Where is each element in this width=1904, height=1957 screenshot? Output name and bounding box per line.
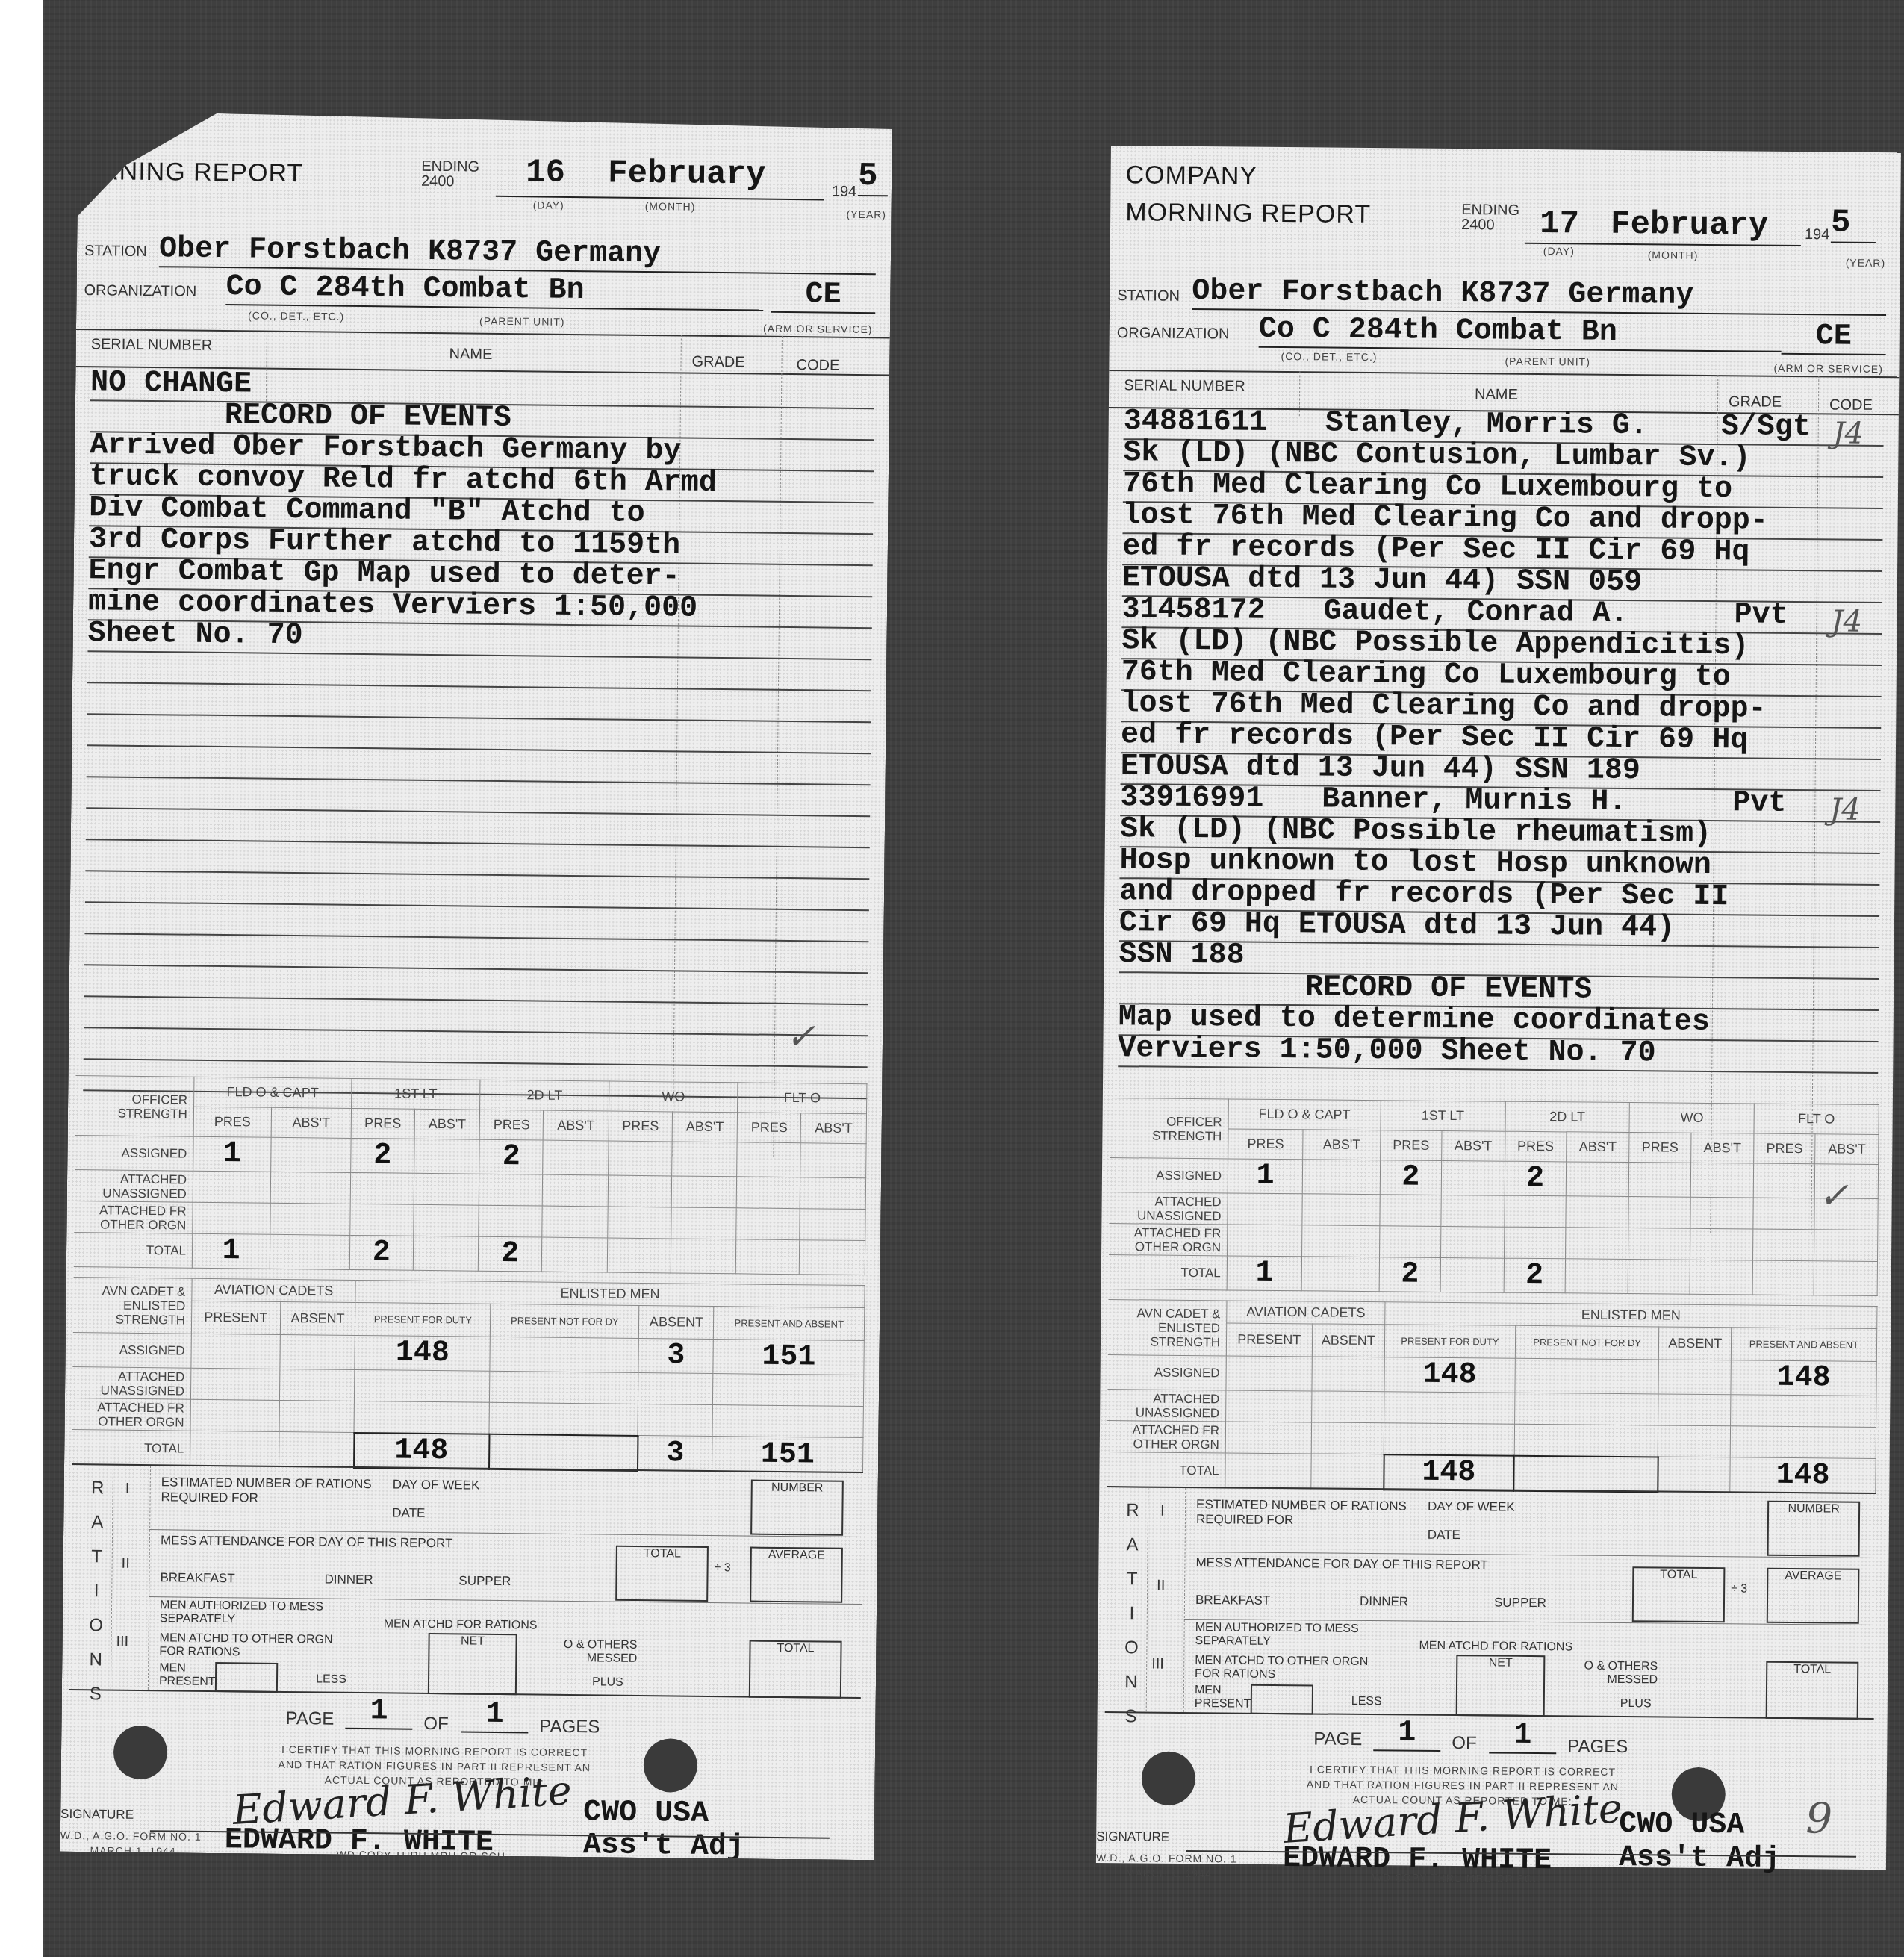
report-year-digit: 5 bbox=[1831, 204, 1876, 243]
rations-section: RATIONS I II III ESTIMATED NUMBER OF RAT… bbox=[69, 1463, 863, 1699]
body-line: NO CHANGE bbox=[90, 366, 252, 401]
station-value: Ober Forstbach K8737 Germany bbox=[1192, 275, 1886, 316]
soldier-grade: S/Sgt bbox=[1721, 410, 1811, 444]
station-value: Ober Forstbach K8737 Germany bbox=[159, 232, 876, 275]
table-row: TOTAL 1 2 2 bbox=[1109, 1255, 1878, 1296]
col-grade: GRADE bbox=[691, 354, 744, 372]
margin-mark: 9 bbox=[1805, 1794, 1832, 1843]
report-day: 16 bbox=[526, 154, 565, 192]
morning-report-form-left: RNING REPORT ENDING2400 16 February 194 … bbox=[60, 112, 892, 1860]
report-day: 17 bbox=[1540, 205, 1579, 243]
morning-report-form-right: COMPANY MORNING REPORT ENDING2400 17 Feb… bbox=[1096, 146, 1901, 1870]
report-month: February bbox=[608, 155, 766, 193]
organization-value: Co C 284th Combat Bn bbox=[225, 270, 763, 311]
ending-label: ENDING2400 bbox=[421, 159, 479, 190]
report-year-digit: 5 bbox=[858, 158, 889, 196]
record-body: NO CHANGE RECORD OF EVENTS Arrived Ober … bbox=[83, 370, 874, 1099]
page-total: 1 bbox=[461, 1697, 528, 1733]
report-month: February bbox=[1611, 206, 1769, 245]
punch-hole-icon bbox=[1142, 1751, 1196, 1805]
col-grade: GRADE bbox=[1729, 393, 1782, 411]
serial-number: 31458172 bbox=[1121, 593, 1265, 628]
col-name: NAME bbox=[1475, 386, 1518, 404]
officer-strength-table: OFFICER STRENGTH FLD O & CAPT 1ST LT 2D … bbox=[74, 1075, 868, 1275]
soldier-name: Banner, Murnis H. bbox=[1322, 783, 1626, 819]
check-mark-icon: ✓ bbox=[785, 1015, 816, 1057]
page-total: 1 bbox=[1489, 1719, 1556, 1755]
serial-number: 34881611 bbox=[1124, 405, 1267, 440]
arm-or-service: CE bbox=[1782, 320, 1886, 355]
punch-hole-icon bbox=[643, 1738, 697, 1793]
form-title: MORNING REPORT bbox=[1125, 198, 1371, 229]
men-present-box bbox=[215, 1662, 278, 1693]
record-of-events-heading: RECORD OF EVENTS bbox=[1305, 971, 1592, 1006]
soldier-grade: Pvt bbox=[1732, 786, 1786, 821]
col-code: CODE bbox=[1829, 396, 1873, 414]
arm-or-service: CE bbox=[771, 278, 875, 314]
officer-strength-table: OFFICER STRENGTH FLD O & CAPT 1ST LT 2D … bbox=[1109, 1098, 1879, 1296]
entries-body: 34881611 Stanley, Morris G. S/Sgt J4 Sk … bbox=[1118, 408, 1884, 1074]
enlisted-strength-table: AVN CADET & ENLISTED STRENGTH AVIATION C… bbox=[1107, 1299, 1877, 1494]
punch-hole-icon bbox=[113, 1726, 168, 1780]
form-title-company: COMPANY bbox=[1125, 161, 1257, 191]
page-number: 1 bbox=[345, 1694, 412, 1730]
organization-value: Co C 284th Combat Bn bbox=[1259, 313, 1782, 352]
col-serial-number: SERIAL NUMBER bbox=[1124, 377, 1245, 395]
col-serial-number: SERIAL NUMBER bbox=[91, 336, 213, 355]
col-code: CODE bbox=[796, 357, 839, 375]
rations-section: RATIONS I II III ESTIMATED NUMBER OF RAT… bbox=[1105, 1486, 1876, 1720]
body-line: Sheet No. 70 bbox=[87, 617, 303, 653]
soldier-name: Stanley, Morris G. bbox=[1325, 407, 1648, 444]
year-prefix: 194 bbox=[832, 184, 857, 201]
col-name: NAME bbox=[449, 346, 493, 364]
serial-number: 33916991 bbox=[1120, 781, 1263, 816]
page-number: 1 bbox=[1373, 1716, 1440, 1752]
signer-title: Ass't Adj bbox=[1619, 1841, 1780, 1876]
soldier-name: Gaudet, Conrad A. bbox=[1323, 595, 1628, 632]
table-row: TOTAL 1 2 2 bbox=[74, 1233, 865, 1275]
enlisted-strength-table: AVN CADET & ENLISTED STRENGTH AVIATION C… bbox=[72, 1277, 865, 1474]
signer-rank: CWO USA bbox=[583, 1796, 709, 1831]
soldier-grade: Pvt bbox=[1734, 598, 1788, 632]
signer-rank: CWO USA bbox=[1619, 1808, 1744, 1842]
